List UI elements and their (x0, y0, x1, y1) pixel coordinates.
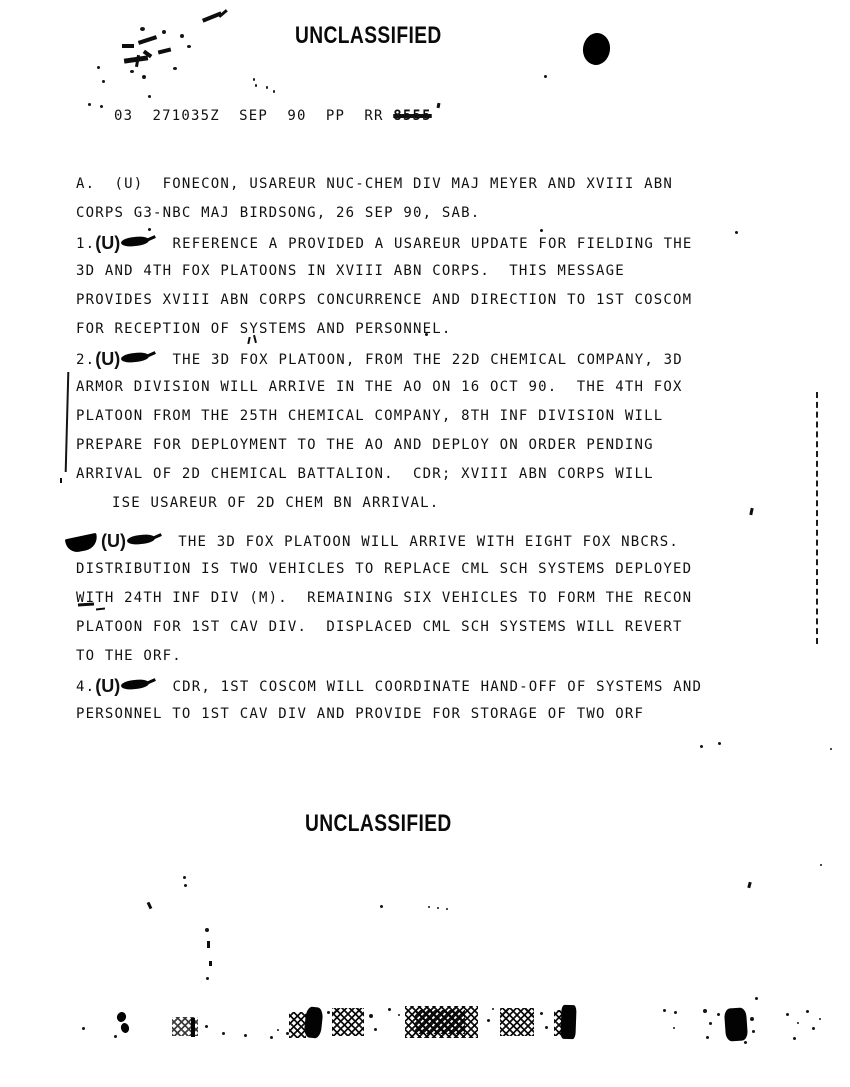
document-line: PREPARE FOR DEPLOYMENT TO THE AO AND DEP… (76, 431, 702, 460)
struck-classification-mark-icon (121, 679, 150, 691)
document-line-text: THE 3D FOX PLATOON, FROM THE 22D CHEMICA… (153, 352, 683, 368)
document-line-text: DISTRIBUTION IS TWO VEHICLES TO REPLACE … (76, 561, 692, 577)
document-line-text: REFERENCE A PROVIDED A USAREUR UPDATE FO… (153, 236, 692, 252)
document-line-text: ARMOR DIVISION WILL ARRIVE IN THE AO ON … (76, 379, 683, 395)
document-line-text: TO THE ORF. (76, 648, 182, 664)
dateline-text: 03 271035Z SEP 90 PP RR (114, 108, 393, 124)
document-line: A. (U) FONECON, USAREUR NUC-CHEM DIV MAJ… (76, 170, 702, 199)
document-line-text: ISE USAREUR OF 2D CHEM BN ARRIVAL. (112, 495, 439, 511)
document-line: ARRIVAL OF 2D CHEMICAL BATTALION. CDR; X… (76, 460, 702, 489)
unclassified-stamp: (U) (95, 676, 120, 696)
document-line-text: A. (U) FONECON, USAREUR NUC-CHEM DIV MAJ… (76, 176, 673, 192)
document-line-text: CORPS G3-NBC MAJ BIRDSONG, 26 SEP 90, SA… (76, 205, 480, 221)
dateline-struck-code: 8555 (393, 108, 432, 124)
struck-classification-mark-icon (121, 236, 150, 248)
document-line: CORPS G3-NBC MAJ BIRDSONG, 26 SEP 90, SA… (76, 199, 702, 228)
paragraph-number: 1. (76, 236, 95, 252)
paragraph-number: 4. (76, 679, 95, 695)
document-line: PROVIDES XVIII ABN CORPS CONCURRENCE AND… (76, 286, 702, 315)
document-line-text: ARRIVAL OF 2D CHEMICAL BATTALION. CDR; X… (76, 466, 654, 482)
document-line: PLATOON FROM THE 25TH CHEMICAL COMPANY, … (76, 402, 702, 431)
document-line-text: PLATOON FROM THE 25TH CHEMICAL COMPANY, … (76, 408, 663, 424)
document-line: PLATOON FOR 1ST CAV DIV. DISPLACED CML S… (76, 613, 702, 642)
document-line-text: PREPARE FOR DEPLOYMENT TO THE AO AND DEP… (76, 437, 654, 453)
margin-line-right-icon (816, 392, 818, 644)
document-line-text: PERSONNEL TO 1ST CAV DIV AND PROVIDE FOR… (76, 706, 644, 722)
document-line: (U) THE 3D FOX PLATOON WILL ARRIVE WITH … (76, 526, 702, 555)
document-line: TO THE ORF. (76, 642, 702, 671)
margin-line-left-icon (65, 372, 70, 472)
document-line: ISE USAREUR OF 2D CHEM BN ARRIVAL. (76, 489, 702, 518)
document-line: 3D AND 4TH FOX PLATOONS IN XVIII ABN COR… (76, 257, 702, 286)
document-line: WITH 24TH INF DIV (M). REMAINING SIX VEH… (76, 584, 702, 613)
document-body: A. (U) FONECON, USAREUR NUC-CHEM DIV MAJ… (76, 170, 702, 729)
document-line-text: CDR, 1ST COSCOM WILL COORDINATE HAND-OFF… (153, 679, 702, 695)
classification-footer: UNCLASSIFIED (305, 810, 452, 838)
document-line-text: 3D AND 4TH FOX PLATOONS IN XVIII ABN COR… (76, 263, 625, 279)
unclassified-stamp: (U) (95, 349, 120, 369)
document-line-text: FOR RECEPTION OF SYSTEMS AND PERSONNEL. (76, 321, 452, 337)
document-line: PERSONNEL TO 1ST CAV DIV AND PROVIDE FOR… (76, 700, 702, 729)
document-line: 1.(U) REFERENCE A PROVIDED A USAREUR UPD… (76, 228, 702, 257)
dateline: 03 271035Z SEP 90 PP RR 8555 (114, 108, 432, 124)
document-line-text: PLATOON FOR 1ST CAV DIV. DISPLACED CML S… (76, 619, 683, 635)
document-line-text: PROVIDES XVIII ABN CORPS CONCURRENCE AND… (76, 292, 692, 308)
struck-classification-mark-icon (121, 352, 150, 364)
classification-header: UNCLASSIFIED (295, 22, 442, 50)
document-line: ARMOR DIVISION WILL ARRIVE IN THE AO ON … (76, 373, 702, 402)
document-line: 2.(U) THE 3D FOX PLATOON, FROM THE 22D C… (76, 344, 702, 373)
document-line-text: THE 3D FOX PLATOON WILL ARRIVE WITH EIGH… (159, 534, 679, 550)
unclassified-stamp: (U) (101, 531, 126, 551)
redaction-blob-icon (65, 533, 99, 554)
document-line-text: WITH 24TH INF DIV (M). REMAINING SIX VEH… (76, 590, 692, 606)
unclassified-stamp: (U) (95, 233, 120, 253)
document-line: DISTRIBUTION IS TWO VEHICLES TO REPLACE … (76, 555, 702, 584)
paragraph-number: 2. (76, 352, 95, 368)
scanned-document-page: UNCLASSIFIED 03 271035Z SEP 90 PP RR 855… (0, 0, 850, 1087)
struck-classification-mark-icon (127, 534, 156, 546)
document-line: FOR RECEPTION OF SYSTEMS AND PERSONNEL. (76, 315, 702, 344)
document-line: 4.(U) CDR, 1ST COSCOM WILL COORDINATE HA… (76, 671, 702, 700)
hole-punch-dot-icon (581, 31, 612, 66)
